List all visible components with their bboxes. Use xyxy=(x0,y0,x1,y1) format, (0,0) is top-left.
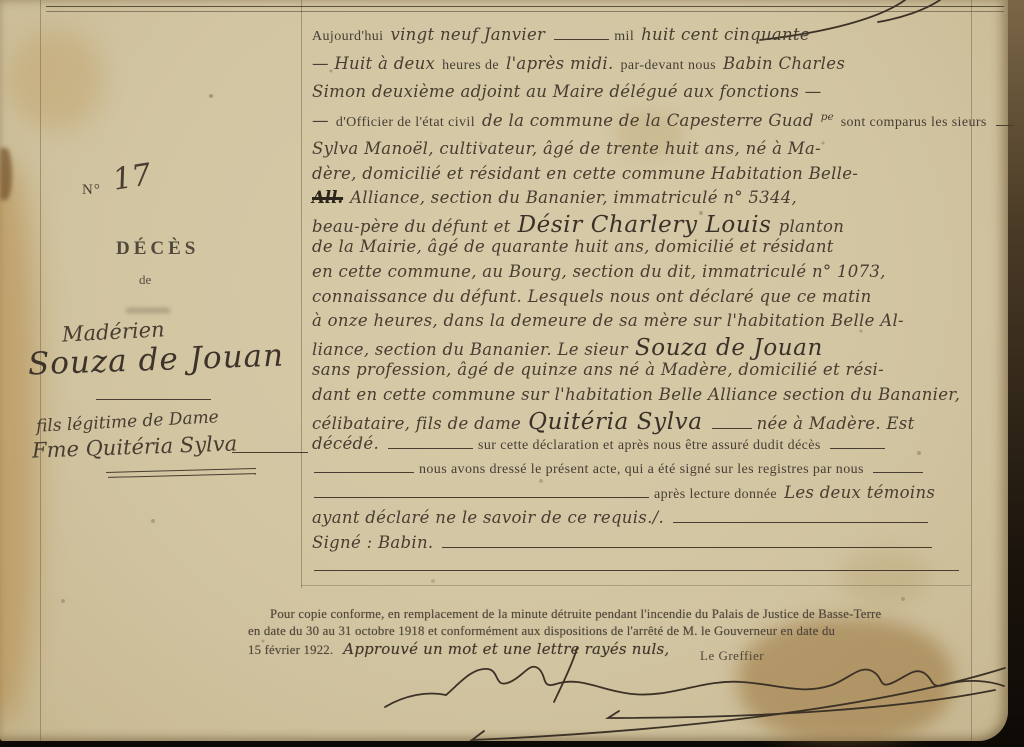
greffier-signature xyxy=(380,645,1010,745)
signature-stroke xyxy=(554,648,577,702)
record-number-value: 17 xyxy=(111,160,153,196)
document-line: Simon deuxième adjoint au Maire délégué … xyxy=(312,83,974,112)
paper-speckles xyxy=(0,0,2,2)
text-segment: dère, domicilié et résidant en cette com… xyxy=(312,164,858,183)
document-line: en cette commune, au Bourg, section du d… xyxy=(312,263,974,288)
text-segment: née à Madère. Est xyxy=(757,414,915,433)
document-line: beau-père du défunt etDésir Charlery Lou… xyxy=(312,214,974,239)
text-segment: sont comparus les sieurs xyxy=(841,115,987,130)
text-segment: Souza de Jouan xyxy=(635,335,823,361)
paper-sheet: N° 17 DÉCÈS de Madérien Souza de Jouan f… xyxy=(0,0,1008,741)
text-segment: — xyxy=(312,111,329,130)
document-line: liance, section du Bananier. Le sieurSou… xyxy=(312,337,974,362)
signature-stroke xyxy=(608,690,995,718)
document-line: connaissance du défunt. Lesquels nous on… xyxy=(312,288,974,313)
text-segment: planton xyxy=(779,217,845,236)
certification-line-1: Pour copie conforme, en remplacement de … xyxy=(270,606,972,623)
act-body-text: Aujourd'huivingt neuf Janviermilhuit cen… xyxy=(312,26,974,583)
decedent-name: Souza de Jouan xyxy=(28,341,285,381)
document-line: nous avons dressé le présent acte, qui a… xyxy=(312,460,974,485)
document-line: All.Alliance, section du Bananier, immat… xyxy=(312,189,974,214)
stain-top-left xyxy=(8,30,103,130)
document-line xyxy=(312,558,974,583)
ink-rule xyxy=(314,485,649,498)
text-segment: à onze heures, dans la demeure de sa mèr… xyxy=(312,311,904,330)
certification-date: 15 février 1922. xyxy=(248,643,333,657)
text-segment: All. xyxy=(312,188,343,207)
text-segment: Quitéria Sylva xyxy=(528,409,702,435)
ink-rule xyxy=(554,27,609,40)
ink-rule xyxy=(873,460,923,473)
ink-rule xyxy=(712,416,752,429)
text-segment: Désir Charlery Louis xyxy=(518,212,772,238)
filiation-line-1: fils légitime de Dame xyxy=(36,409,220,436)
document-line: — Huit à deuxheures del'après midi.par-d… xyxy=(312,55,974,84)
text-segment: — Huit à deux xyxy=(312,54,435,73)
ink-rule xyxy=(996,113,1014,126)
document-line: dant en cette commune sur l'habitation B… xyxy=(312,386,974,411)
text-segment: ayant déclaré ne le savoir de ce requis.… xyxy=(312,508,664,527)
ink-rule xyxy=(673,510,928,523)
document-line: célibataire, fils de dameQuitéria Sylvan… xyxy=(312,411,974,436)
document-line: ayant déclaré ne le savoir de ce requis.… xyxy=(312,509,974,534)
document-line: Aujourd'huivingt neuf Janviermilhuit cen… xyxy=(312,26,974,55)
text-segment: huit cent cinquante xyxy=(641,25,810,44)
text-segment: Babin Charles xyxy=(723,54,845,73)
text-segment: d'Officier de l'état civil xyxy=(336,115,475,130)
act-type-title: DÉCÈS xyxy=(116,238,199,260)
text-segment: en cette commune, au Bourg, section du d… xyxy=(312,262,886,281)
text-segment: heures de xyxy=(442,58,499,73)
text-segment: beau-père du défunt et xyxy=(312,217,511,236)
ink-rule xyxy=(232,452,308,453)
document-line: à onze heures, dans la demeure de sa mèr… xyxy=(312,312,974,337)
text-segment: décédé. xyxy=(312,434,379,453)
act-type-subtitle: de xyxy=(139,272,151,288)
text-segment: de la Mairie, âgé de quarante huit ans, … xyxy=(312,237,834,256)
text-segment: Aujourd'hui xyxy=(312,29,383,44)
text-segment: après lecture donnée xyxy=(654,487,777,502)
ink-rule xyxy=(314,558,959,571)
filiation-line-2: Fme Quitéria Sylva xyxy=(32,433,238,461)
text-segment: mil xyxy=(614,29,634,44)
document-line: dère, domicilié et résidant en cette com… xyxy=(312,165,974,190)
text-segment: nous avons dressé le présent acte, qui a… xyxy=(419,462,864,477)
faded-stamp-smudge xyxy=(126,308,170,313)
ink-rule xyxy=(388,436,473,449)
ink-underline xyxy=(106,468,256,473)
scanned-register-page: N° 17 DÉCÈS de Madérien Souza de Jouan f… xyxy=(0,0,1024,747)
ink-spot-left-edge xyxy=(0,148,12,200)
document-line: sans profession, âgé de quinze ans né à … xyxy=(312,361,974,386)
text-segment: dant en cette commune sur l'habitation B… xyxy=(312,385,960,404)
text-segment: Signé : Babin. xyxy=(312,533,433,552)
text-segment: pe xyxy=(821,111,834,123)
text-segment: par-devant nous xyxy=(621,58,717,73)
text-segment: l'après midi. xyxy=(506,54,613,73)
text-segment: sur cette déclaration et après nous être… xyxy=(478,438,821,453)
ink-rule xyxy=(830,436,885,449)
record-number-label: N° xyxy=(82,182,101,199)
signature-stroke xyxy=(385,694,446,708)
document-line: —d'Officier de l'état civilde la commune… xyxy=(312,112,974,141)
ruled-line-vertical-margin xyxy=(301,0,302,588)
text-segment: liance, section du Bananier. Le sieur xyxy=(312,340,628,359)
text-segment: Les deux témoins xyxy=(784,483,935,502)
ink-rule xyxy=(314,460,414,473)
ink-rule xyxy=(442,535,932,548)
document-line: Sylva Manoël, cultivateur, âgé de trente… xyxy=(312,140,974,165)
text-segment: Alliance, section du Bananier, immatricu… xyxy=(350,188,797,207)
text-segment: sans profession, âgé de quinze ans né à … xyxy=(312,360,884,379)
text-segment: de la commune de la Capesterre Guad xyxy=(482,111,814,130)
text-segment: Sylva Manoël, cultivateur, âgé de trente… xyxy=(312,139,821,158)
ink-underline xyxy=(108,473,256,478)
ink-underline xyxy=(96,399,211,400)
signature-stroke xyxy=(472,668,1005,740)
text-segment: connaissance du défunt. Lesquels nous on… xyxy=(312,287,872,306)
text-segment: célibataire, fils de dame xyxy=(312,414,521,433)
document-line: Signé : Babin. xyxy=(312,534,974,559)
certification-line-2: en date du 30 au 31 octobre 1918 et conf… xyxy=(248,623,972,640)
document-line: après lecture donnéeLes deux témoins xyxy=(312,484,974,509)
text-segment: vingt neuf Janvier xyxy=(390,25,545,44)
text-segment: Simon deuxième adjoint au Maire délégué … xyxy=(312,82,822,101)
ruled-line-bottom-faint xyxy=(301,585,971,586)
document-line: de la Mairie, âgé de quarante huit ans, … xyxy=(312,238,974,263)
document-line: décédé.sur cette déclaration et après no… xyxy=(312,435,974,460)
